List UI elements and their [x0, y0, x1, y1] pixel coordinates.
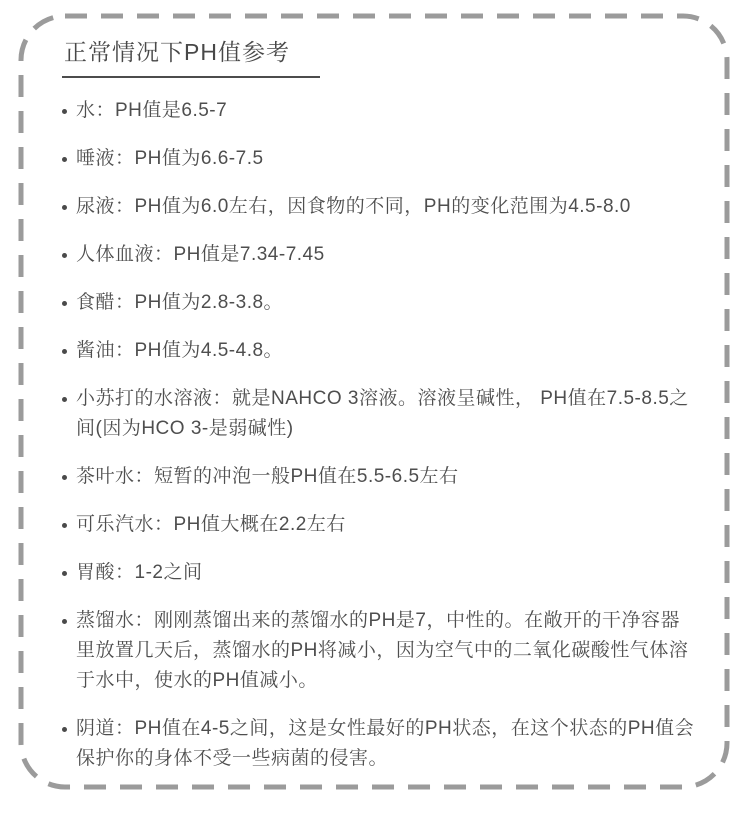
list-item-text: 人体血液：PH值是7.34-7.45: [76, 244, 325, 265]
list-item-text: 茶叶水：短暂的冲泡一般PH值在5.5-6.5左右: [76, 466, 459, 487]
list-item: 可乐汽水：PH值大概在2.2左右: [62, 510, 698, 540]
list-item-text: 尿液：PH值为6.0左右，因食物的不同，PH的变化范围为4.5-8.0: [76, 196, 631, 217]
list-item: 阴道：PH值在4-5之间，这是女性最好的PH状态，在这个状态的PH值会保护你的身…: [62, 714, 698, 774]
bullet-icon: [62, 475, 67, 480]
list-item-text: 胃酸：1-2之间: [76, 562, 202, 583]
list-item-text: 可乐汽水：PH值大概在2.2左右: [76, 514, 346, 535]
ph-value-list: 水：PH值是6.5-7 唾液：PH值为6.6-7.5 尿液：PH值为6.0左右，…: [62, 96, 698, 774]
card-content: 正常情况下PH值参考 水：PH值是6.5-7 唾液：PH值为6.6-7.5 尿液…: [62, 34, 698, 792]
list-item: 胃酸：1-2之间: [62, 558, 698, 588]
list-item-text: 酱油：PH值为4.5-4.8。: [76, 340, 283, 361]
bullet-icon: [62, 619, 67, 624]
bullet-icon: [62, 253, 67, 258]
list-item: 食醋：PH值为2.8-3.8。: [62, 288, 698, 318]
list-item-text: 小苏打的水溶液：就是NAHCO 3溶液。溶液呈碱性， PH值在7.5-8.5之间…: [76, 388, 689, 439]
bullet-icon: [62, 157, 67, 162]
list-item-text: 水：PH值是6.5-7: [76, 100, 227, 121]
bullet-icon: [62, 109, 67, 114]
list-item: 酱油：PH值为4.5-4.8。: [62, 336, 698, 366]
list-item: 茶叶水：短暂的冲泡一般PH值在5.5-6.5左右: [62, 462, 698, 492]
list-item: 人体血液：PH值是7.34-7.45: [62, 240, 698, 270]
bullet-icon: [62, 301, 67, 306]
bullet-icon: [62, 571, 67, 576]
list-item-text: 唾液：PH值为6.6-7.5: [76, 148, 264, 169]
bullet-icon: [62, 727, 67, 732]
list-item: 小苏打的水溶液：就是NAHCO 3溶液。溶液呈碱性， PH值在7.5-8.5之间…: [62, 384, 698, 444]
bullet-icon: [62, 523, 67, 528]
list-item-text: 食醋：PH值为2.8-3.8。: [76, 292, 283, 313]
list-item-text: 阴道：PH值在4-5之间，这是女性最好的PH状态，在这个状态的PH值会保护你的身…: [76, 718, 694, 769]
list-item-text: 蒸馏水：刚刚蒸馏出来的蒸馏水的PH是7，中性的。在敞开的干净容器里放置几天后，蒸…: [76, 610, 688, 691]
page-title: 正常情况下PH值参考: [62, 34, 320, 78]
bullet-icon: [62, 349, 67, 354]
bullet-icon: [62, 205, 67, 210]
list-item: 唾液：PH值为6.6-7.5: [62, 144, 698, 174]
list-item: 蒸馏水：刚刚蒸馏出来的蒸馏水的PH是7，中性的。在敞开的干净容器里放置几天后，蒸…: [62, 606, 698, 696]
bullet-icon: [62, 397, 67, 402]
list-item: 水：PH值是6.5-7: [62, 96, 698, 126]
list-item: 尿液：PH值为6.0左右，因食物的不同，PH的变化范围为4.5-8.0: [62, 192, 698, 222]
